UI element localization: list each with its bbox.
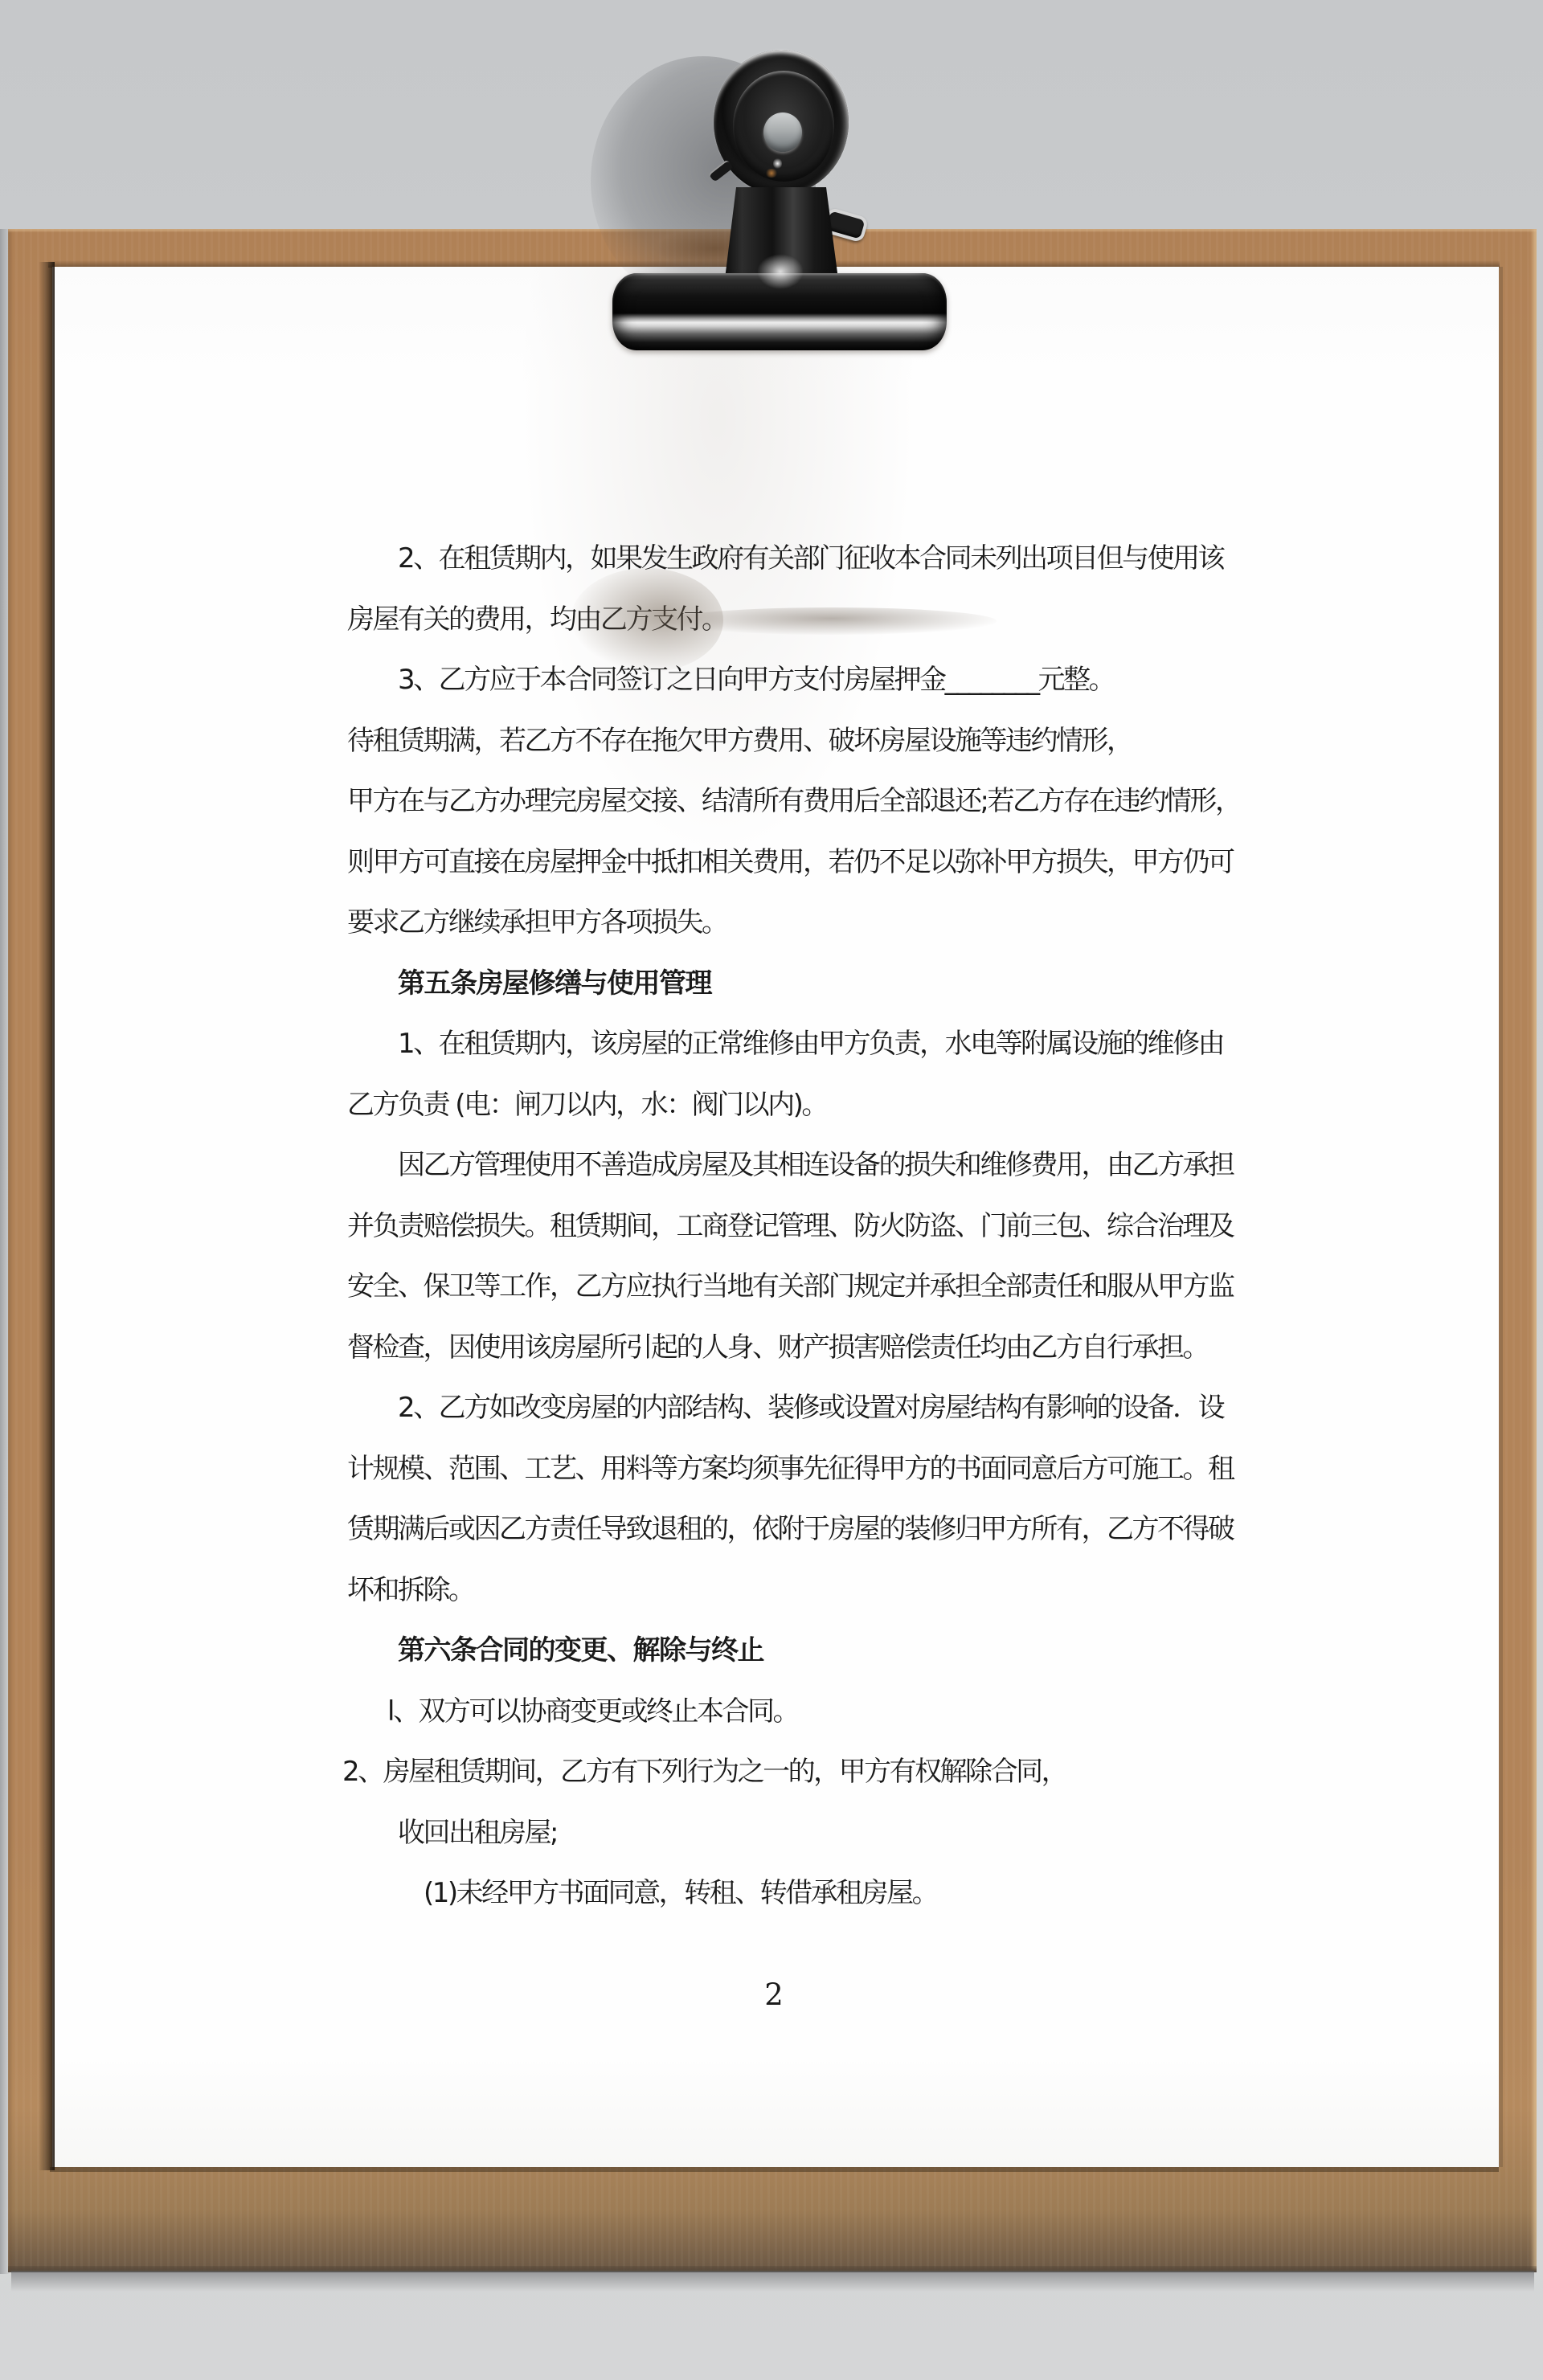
document-line: 则甲方可直接在房屋押金中抵扣相关费用，若仍不足以弥补甲方损失，甲方仍可 (347, 832, 1247, 894)
clip-bar-shadow (667, 607, 997, 635)
clip-highlight-dot (773, 157, 782, 170)
document-line: 赁期满后或因乙方责任导致退租的，依附于房屋的装修归甲方所有，乙方不得破 (347, 1499, 1247, 1560)
page-number: 2 (347, 1977, 1201, 2014)
section-heading: 第六条合同的变更、解除与终止 (398, 1621, 1247, 1682)
board-left-shadow (0, 229, 10, 2274)
document-line: 甲方在与乙方办理完房屋交接、结清所有费用后全部退还;若乙方存在违约情形， (347, 771, 1247, 832)
paper-edge-shadow-right (1499, 267, 1503, 2167)
document-line: l、双方可以协商变更或终止本合同。 (387, 1682, 1247, 1743)
board-bottom-shadow (11, 2271, 1534, 2292)
paper-edge-shadow-bottom (50, 2167, 1499, 2172)
document-line: 乙方负责 (电：闸刀以内，水：阀门以内)。 (347, 1075, 1247, 1136)
document-line: 督检查，因使用该房屋所引起的人身、财产损害赔偿责任均由乙方自行承担。 (347, 1318, 1247, 1379)
document-line: 2、房屋租赁期间，乙方有下列行为之一的，甲方有权解除合同， (342, 1742, 1247, 1803)
document-line: 安全、保卫等工作，乙方应执行当地有关部门规定并承担全部责任和服从甲方监 (347, 1257, 1247, 1318)
document-line: 收回出租房屋; (398, 1803, 1247, 1864)
document-line: 坏和拆除。 (347, 1560, 1247, 1621)
document-line: 2、在租赁期内，如果发生政府有关部门征收本合同未列出项目但与使用该 (398, 529, 1247, 590)
clip-specular-glint (757, 254, 804, 289)
document-line: 计规模、范围、工艺、用料等方案均须事先征得甲方的书面同意后方可施工。租 (347, 1439, 1247, 1500)
clip-wood-reflection (765, 169, 778, 178)
document-line: 1、在租赁期内，该房屋的正常维修由甲方负责，水电等附属设施的维修由 (398, 1014, 1247, 1075)
contract-text-block: 2、在租赁期内，如果发生政府有关部门征收本合同未列出项目但与使用该 房屋有关的费… (347, 529, 1247, 1924)
clip-hole (763, 112, 802, 152)
document-line: 并负责赔偿损失。租赁期间，工商登记管理、防火防盗、门前三包、综合治理及 (347, 1196, 1247, 1257)
paper-edge-shadow-left (39, 262, 55, 2170)
document-line: (1)未经甲方书面同意，转租、转借承租房屋。 (424, 1863, 1247, 1924)
document-line: 要求乙方继续承担甲方各项损失。 (347, 893, 1247, 954)
document-line: 3、乙方应于本合同签订之日向甲方支付房屋押金________元整。 (398, 650, 1247, 711)
contract-paper: 2、在租赁期内，如果发生政府有关部门征收本合同未列出项目但与使用该 房屋有关的费… (52, 267, 1499, 2167)
document-line: 因乙方管理使用不善造成房屋及其相连设备的损失和维修费用，由乙方承担 (398, 1135, 1247, 1196)
section-heading: 第五条房屋修缮与使用管理 (398, 954, 1247, 1015)
document-line: 2、乙方如改变房屋的内部结构、装修或设置对房屋结构有影响的设备．设 (398, 1378, 1247, 1439)
document-line: 待租赁期满，若乙方不存在拖欠甲方费用、破坏房屋设施等违约情形， (347, 711, 1247, 772)
